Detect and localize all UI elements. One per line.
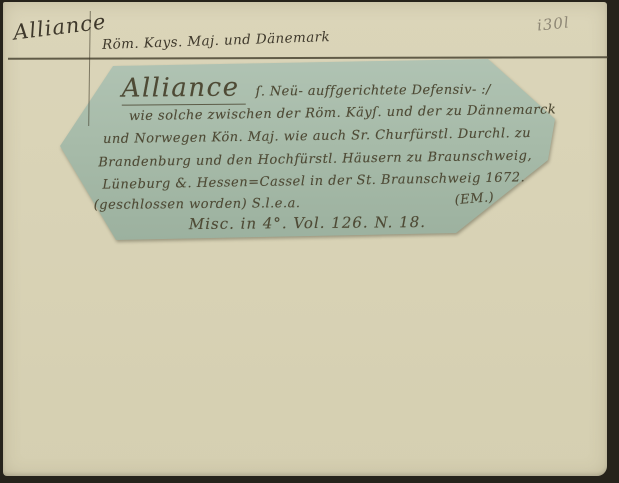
slip-title-note: ſ. Neü- auffgerichtete Defensiv- :/ xyxy=(256,82,491,99)
slip-title-line: Allianceſ. Neü- auffgerichtete Defensiv-… xyxy=(122,70,491,103)
slip-body-line: (geschlossen worden) S.l.e.a. xyxy=(94,196,301,213)
slip-handwriting: Allianceſ. Neü- auffgerichtete Defensiv-… xyxy=(1,0,619,483)
index-card: Alliance i30l Röm. Kays. Maj. und Dänema… xyxy=(3,2,607,476)
slip-title: Alliance xyxy=(122,73,246,106)
slip-body-line: Lüneburg &. Hessen=Cassel in der St. Bra… xyxy=(102,170,525,192)
slip-shelfmark: Misc. in 4°. Vol. 126. N. 18. xyxy=(189,213,426,233)
scanned-card-image: Alliance i30l Röm. Kays. Maj. und Dänema… xyxy=(0,0,619,483)
slip-annotation: (EM.) xyxy=(454,190,495,208)
slip-body-line: und Norwegen Kön. Maj. wie auch Sr. Chur… xyxy=(103,126,531,147)
slip-body-line: wie solche zwischen der Röm. Käyſ. und d… xyxy=(129,102,557,124)
slip-body-line: Brandenburg und den Hochfürstl. Häusern … xyxy=(98,149,532,171)
